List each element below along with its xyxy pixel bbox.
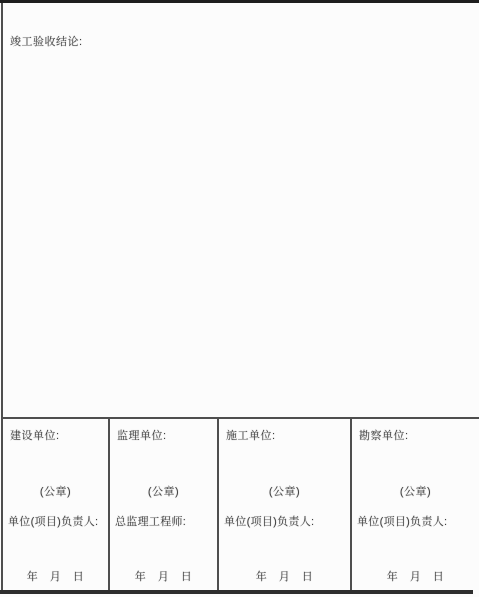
signature-cell-supervision-unit: 监理单位: (公章) 总监理工程师: 年 月 日 xyxy=(110,419,219,590)
seal-label: (公章) xyxy=(352,486,479,499)
date-label: 年 月 日 xyxy=(352,571,479,584)
date-label: 年 月 日 xyxy=(219,571,350,584)
bottom-border-rule xyxy=(0,590,473,594)
signer-label: 单位(项目)负责人: xyxy=(357,516,447,529)
unit-label: 施工单位: xyxy=(226,430,276,443)
seal-label: (公章) xyxy=(219,486,350,499)
signer-label: 单位(项目)负责人: xyxy=(8,516,98,529)
unit-label: 建设单位: xyxy=(10,430,60,443)
signature-cell-client-unit: 建设单位: (公章) 单位(项目)负责人: 年 月 日 xyxy=(3,419,110,590)
seal-label: (公章) xyxy=(110,486,217,499)
conclusion-label: 竣工验收结论: xyxy=(10,36,83,49)
scanned-form-page: 竣工验收结论: 建设单位: (公章) 单位(项目)负责人: 年 月 日 监理单位… xyxy=(0,0,479,597)
signature-cell-survey-unit: 勘察单位: (公章) 单位(项目)负责人: 年 月 日 xyxy=(352,419,479,590)
signature-cell-contractor-unit: 施工单位: (公章) 单位(项目)负责人: 年 月 日 xyxy=(219,419,352,590)
form-frame: 竣工验收结论: 建设单位: (公章) 单位(项目)负责人: 年 月 日 监理单位… xyxy=(1,3,479,594)
signer-label: 总监理工程师: xyxy=(115,516,186,529)
date-label: 年 月 日 xyxy=(110,571,217,584)
signature-table: 建设单位: (公章) 单位(项目)负责人: 年 月 日 监理单位: (公章) 总… xyxy=(3,419,479,590)
date-label: 年 月 日 xyxy=(3,571,108,584)
unit-label: 监理单位: xyxy=(117,430,167,443)
top-border-rule xyxy=(0,0,479,3)
unit-label: 勘察单位: xyxy=(359,430,409,443)
seal-label: (公章) xyxy=(3,486,108,499)
conclusion-section: 竣工验收结论: xyxy=(3,3,479,417)
signer-label: 单位(项目)负责人: xyxy=(224,516,314,529)
